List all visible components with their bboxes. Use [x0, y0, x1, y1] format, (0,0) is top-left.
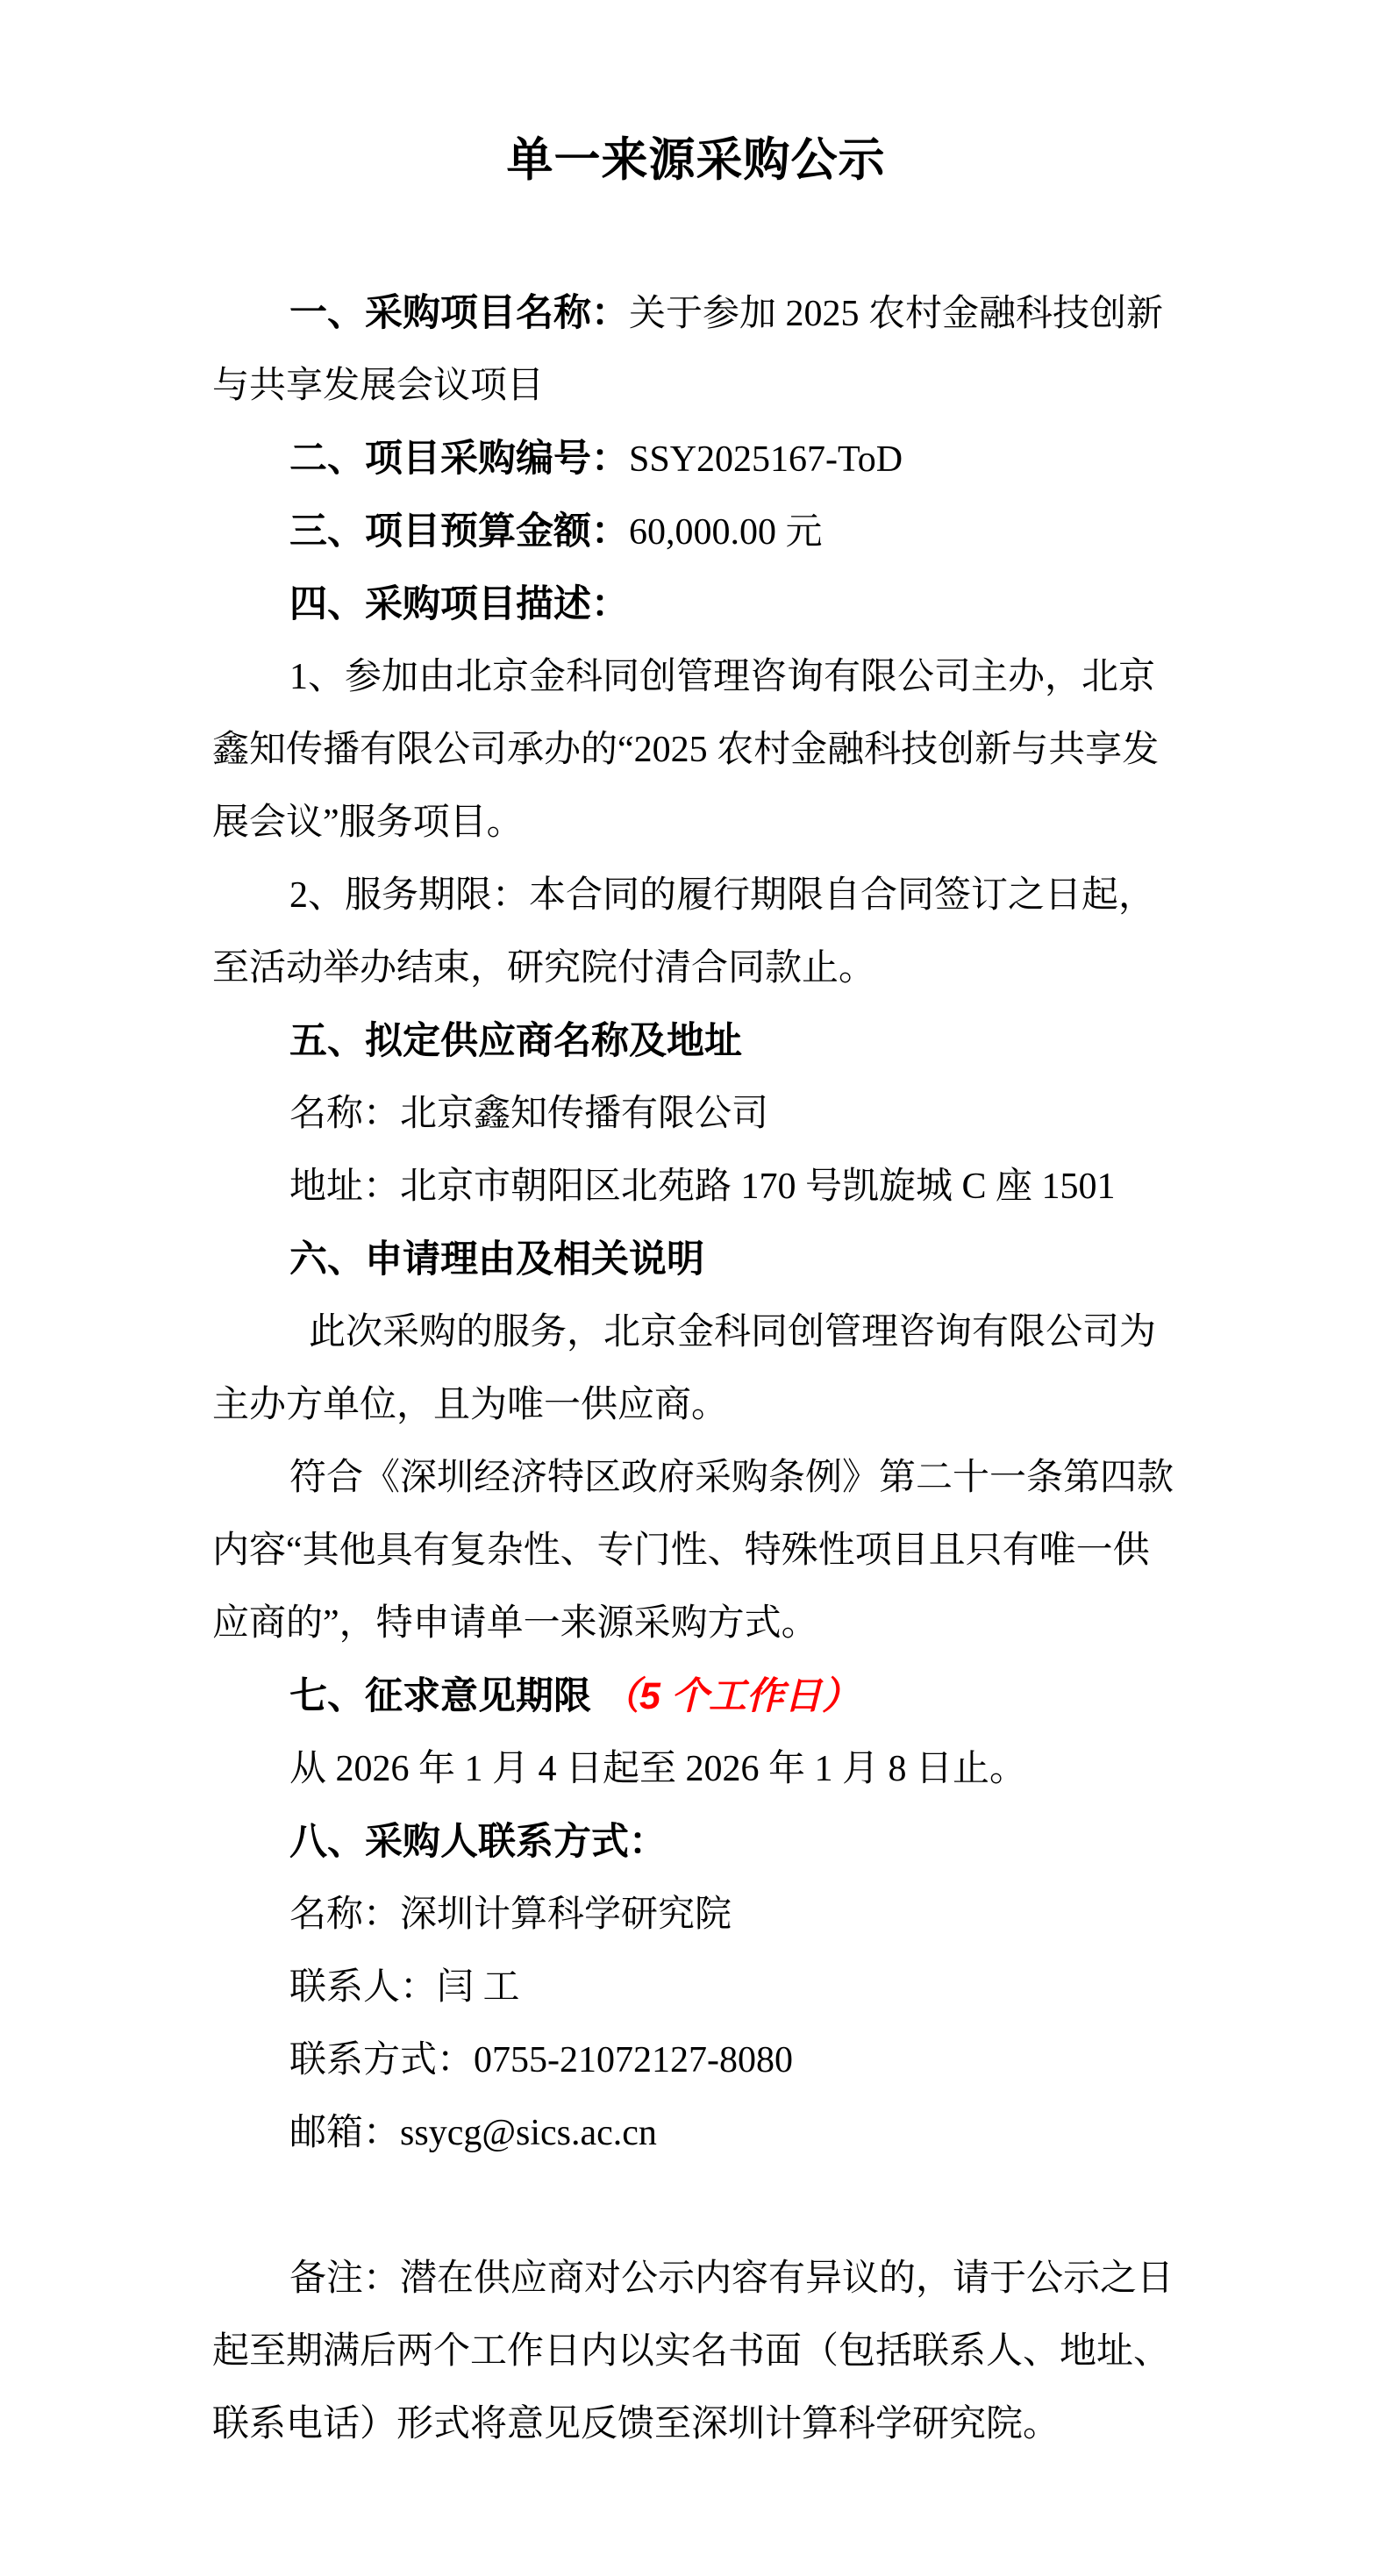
text-line: 四、采购项目描述：	[212, 568, 1186, 641]
text-line: 内容“其他具有复杂性、专门性、特殊性项目且只有唯一供	[212, 1515, 1186, 1588]
section-heading: 二、项目采购编号：	[289, 438, 629, 480]
text-line: 五、拟定供应商名称及地址	[212, 1005, 1186, 1078]
body-text: 备注：潜在供应商对公示内容有异议的，请于公示之日	[289, 2258, 1174, 2299]
text-line: 名称：北京鑫知传播有限公司	[212, 1078, 1186, 1151]
text-line: 起至期满后两个工作日内以实名书面（包括联系人、地址、	[212, 2316, 1186, 2388]
body-text: 内容“其他具有复杂性、专门性、特殊性项目且只有唯一供	[212, 1531, 1150, 1571]
body-text: 起至期满后两个工作日内以实名书面（包括联系人、地址、	[212, 2331, 1170, 2372]
body-text: 主办方单位，且为唯一供应商。	[212, 1385, 728, 1425]
body-text: 名称：北京鑫知传播有限公司	[289, 1094, 768, 1134]
section-heading: 五、拟定供应商名称及地址	[289, 1020, 742, 1062]
text-line: 主办方单位，且为唯一供应商。	[212, 1369, 1186, 1442]
text-line: 展会议”服务项目。	[212, 787, 1186, 860]
document-title: 单一来源采购公示	[0, 128, 1392, 193]
body-text: 2、服务期限：本合同的履行期限自合同签订之日起，	[289, 875, 1155, 916]
blank-line	[212, 2170, 1186, 2243]
text-line: 至活动举办结束，研究院付清合同款止。	[212, 932, 1186, 1005]
text-line: 备注：潜在供应商对公示内容有异议的，请于公示之日	[212, 2243, 1186, 2316]
body-text: 联系人：闫 工	[289, 1967, 520, 2008]
text-line: 1、参加由北京金科同创管理咨询有限公司主办，北京	[212, 641, 1186, 714]
text-line: 联系方式：0755-21072127-8080	[212, 2024, 1186, 2097]
body-text: 至活动举办结束，研究院付清合同款止。	[212, 948, 875, 988]
text-line: 三、项目预算金额：60,000.00 元	[212, 496, 1186, 568]
text-line: 一、采购项目名称：关于参加 2025 农村金融科技创新	[212, 277, 1186, 350]
section-heading: 六、申请理由及相关说明	[289, 1238, 704, 1281]
body-text: SSY2025167-ToD	[629, 439, 903, 480]
text-line: 联系人：闫 工	[212, 1952, 1186, 2024]
text-line: 名称：深圳计算科学研究院	[212, 1879, 1186, 1952]
body-text: 地址：北京市朝阳区北苑路 170 号凯旋城 C 座 1501	[289, 1167, 1116, 1207]
body-text: 鑫知传播有限公司承办的“2025 农村金融科技创新与共享发	[212, 730, 1159, 770]
text-line: 联系电话）形式将意见反馈至深圳计算科学研究院。	[212, 2388, 1186, 2461]
text-line: 从 2026 年 1 月 4 日起至 2026 年 1 月 8 日止。	[212, 1733, 1186, 1806]
text-line: 2、服务期限：本合同的履行期限自合同签订之日起，	[212, 860, 1186, 932]
body-text: 从 2026 年 1 月 4 日起至 2026 年 1 月 8 日止。	[289, 1749, 1026, 1789]
body-text: 名称：深圳计算科学研究院	[289, 1895, 732, 1935]
body-text: 联系电话）形式将意见反馈至深圳计算科学研究院。	[212, 2404, 1060, 2444]
body-text: 展会议”服务项目。	[212, 803, 524, 843]
text-line: 符合《深圳经济特区政府采购条例》第二十一条第四款	[212, 1442, 1186, 1515]
section-heading: 八、采购人联系方式：	[289, 1821, 667, 1863]
body-text: 1、参加由北京金科同创管理咨询有限公司主办，北京	[289, 657, 1155, 697]
section-heading: 七、征求意见期限	[289, 1675, 602, 1717]
body-text: 关于参加 2025 农村金融科技创新	[629, 294, 1163, 334]
section-heading: 一、采购项目名称：	[289, 292, 629, 334]
body-text: 60,000.00 元	[629, 512, 823, 553]
document-page: 单一来源采购公示 一、采购项目名称：关于参加 2025 农村金融科技创新与共享发…	[0, 0, 1392, 2576]
text-line: 与共享发展会议项目	[212, 350, 1186, 423]
body-text: 邮箱：ssycg@sics.ac.cn	[289, 2113, 657, 2153]
text-line: 鑫知传播有限公司承办的“2025 农村金融科技创新与共享发	[212, 714, 1186, 787]
body-text: 符合《深圳经济特区政府采购条例》第二十一条第四款	[289, 1458, 1174, 1498]
body-text: 此次采购的服务，北京金科同创管理咨询有限公司为	[309, 1312, 1156, 1352]
text-line: 六、申请理由及相关说明	[212, 1224, 1186, 1296]
section-heading: 三、项目预算金额：	[289, 510, 629, 553]
document-body: 一、采购项目名称：关于参加 2025 农村金融科技创新与共享发展会议项目二、项目…	[212, 277, 1186, 2461]
body-text: 联系方式：0755-21072127-8080	[289, 2040, 793, 2080]
text-line: 八、采购人联系方式：	[212, 1806, 1186, 1879]
section-heading: 四、采购项目描述：	[289, 583, 629, 625]
text-line: 二、项目采购编号：SSY2025167-ToD	[212, 423, 1186, 496]
text-line: 此次采购的服务，北京金科同创管理咨询有限公司为	[212, 1296, 1186, 1369]
red-note: （5 个工作日）	[602, 1675, 860, 1717]
text-line: 地址：北京市朝阳区北苑路 170 号凯旋城 C 座 1501	[212, 1151, 1186, 1224]
body-text: 应商的”，特申请单一来源采购方式。	[212, 1603, 818, 1644]
text-line: 邮箱：ssycg@sics.ac.cn	[212, 2097, 1186, 2170]
text-line: 应商的”，特申请单一来源采购方式。	[212, 1588, 1186, 1660]
text-line: 七、征求意见期限 （5 个工作日）	[212, 1660, 1186, 1733]
body-text: 与共享发展会议项目	[212, 366, 544, 406]
